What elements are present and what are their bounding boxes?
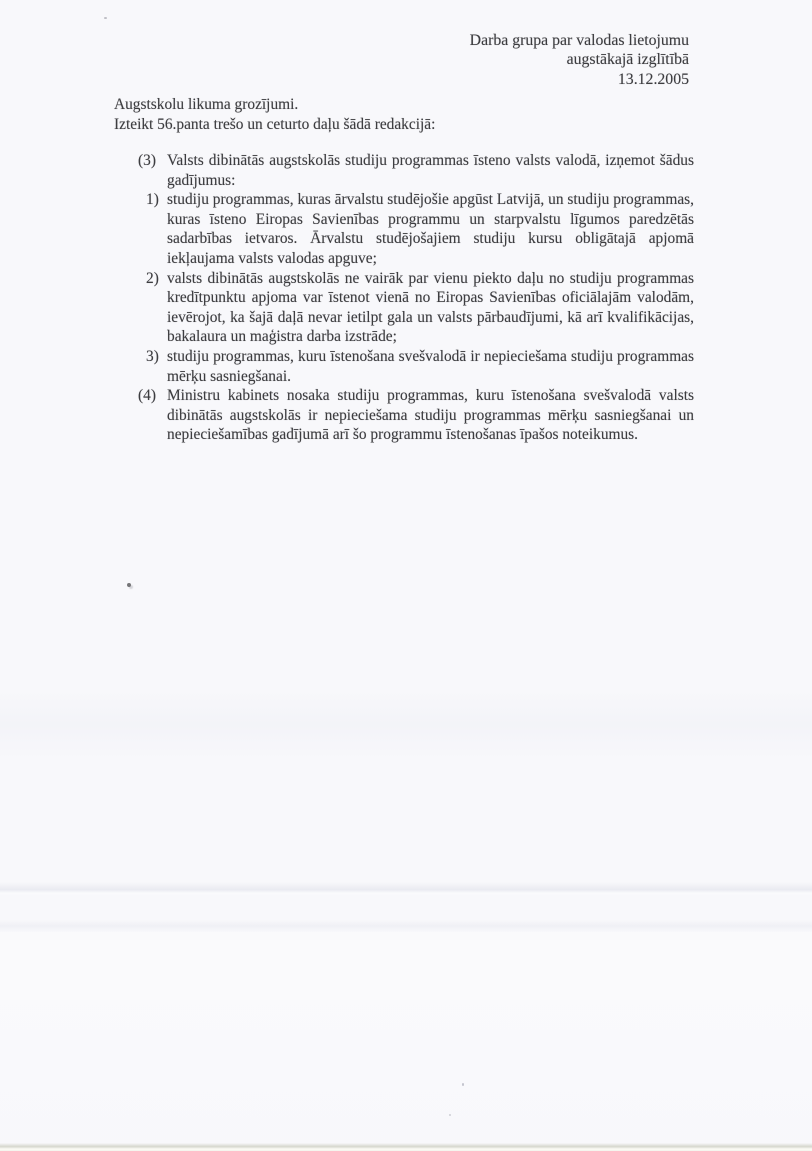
document-header: Darba grupa par valodas lietojumu augstā… — [470, 31, 689, 89]
item-text: Ministru kabinets nosaka studiju program… — [167, 387, 694, 443]
header-working-group: Darba grupa par valodas lietojumu — [470, 31, 689, 50]
header-date: 13.12.2005 — [470, 70, 689, 89]
amendment-item: (4) Ministru kabinets nosaka studiju pro… — [138, 386, 694, 445]
scan-shading-band — [0, 932, 812, 1142]
scanned-document-page: Darba grupa par valodas lietojumu augstā… — [0, 0, 812, 1151]
scan-bottom-edge — [0, 1143, 812, 1151]
item-marker: (4) — [138, 386, 156, 406]
scan-speck — [449, 1114, 451, 1116]
intro-title: Augstskolu likuma grozījumi. — [114, 95, 435, 115]
item-marker: 3) — [146, 347, 159, 367]
item-marker: 1) — [146, 190, 159, 210]
amendment-item: 2) valsts dibinātās augstskolās ne vairā… — [138, 269, 694, 347]
item-text: Valsts dibinātās augstskolās studiju pro… — [167, 152, 694, 189]
item-text: studiju programmas, kuru īstenošana sveš… — [167, 348, 694, 385]
amendment-item: 3) studiju programmas, kuru īstenošana s… — [138, 347, 694, 386]
item-marker: (3) — [138, 151, 156, 171]
paper-fold-crease — [0, 882, 812, 896]
scan-shading-band — [0, 690, 812, 760]
item-text: valsts dibinātās augstskolās ne vairāk p… — [167, 270, 694, 346]
amendment-item: 1) studiju programmas, kuras ārvalstu st… — [138, 190, 694, 268]
item-marker: 2) — [146, 269, 159, 289]
header-subject: augstākajā izglītībā — [470, 50, 689, 69]
scan-speck — [127, 583, 131, 587]
scan-speck — [104, 17, 107, 19]
scan-speck — [462, 1083, 464, 1086]
document-intro: Augstskolu likuma grozījumi. Izteikt 56.… — [114, 95, 435, 134]
amendment-list: (3) Valsts dibinātās augstskolās studiju… — [138, 151, 694, 445]
item-text: studiju programmas, kuras ārvalstu studē… — [167, 191, 694, 267]
paper-fold-crease — [0, 920, 812, 932]
amendment-item: (3) Valsts dibinātās augstskolās studiju… — [138, 151, 694, 190]
intro-instruction: Izteikt 56.panta trešo un ceturto daļu š… — [114, 115, 435, 135]
